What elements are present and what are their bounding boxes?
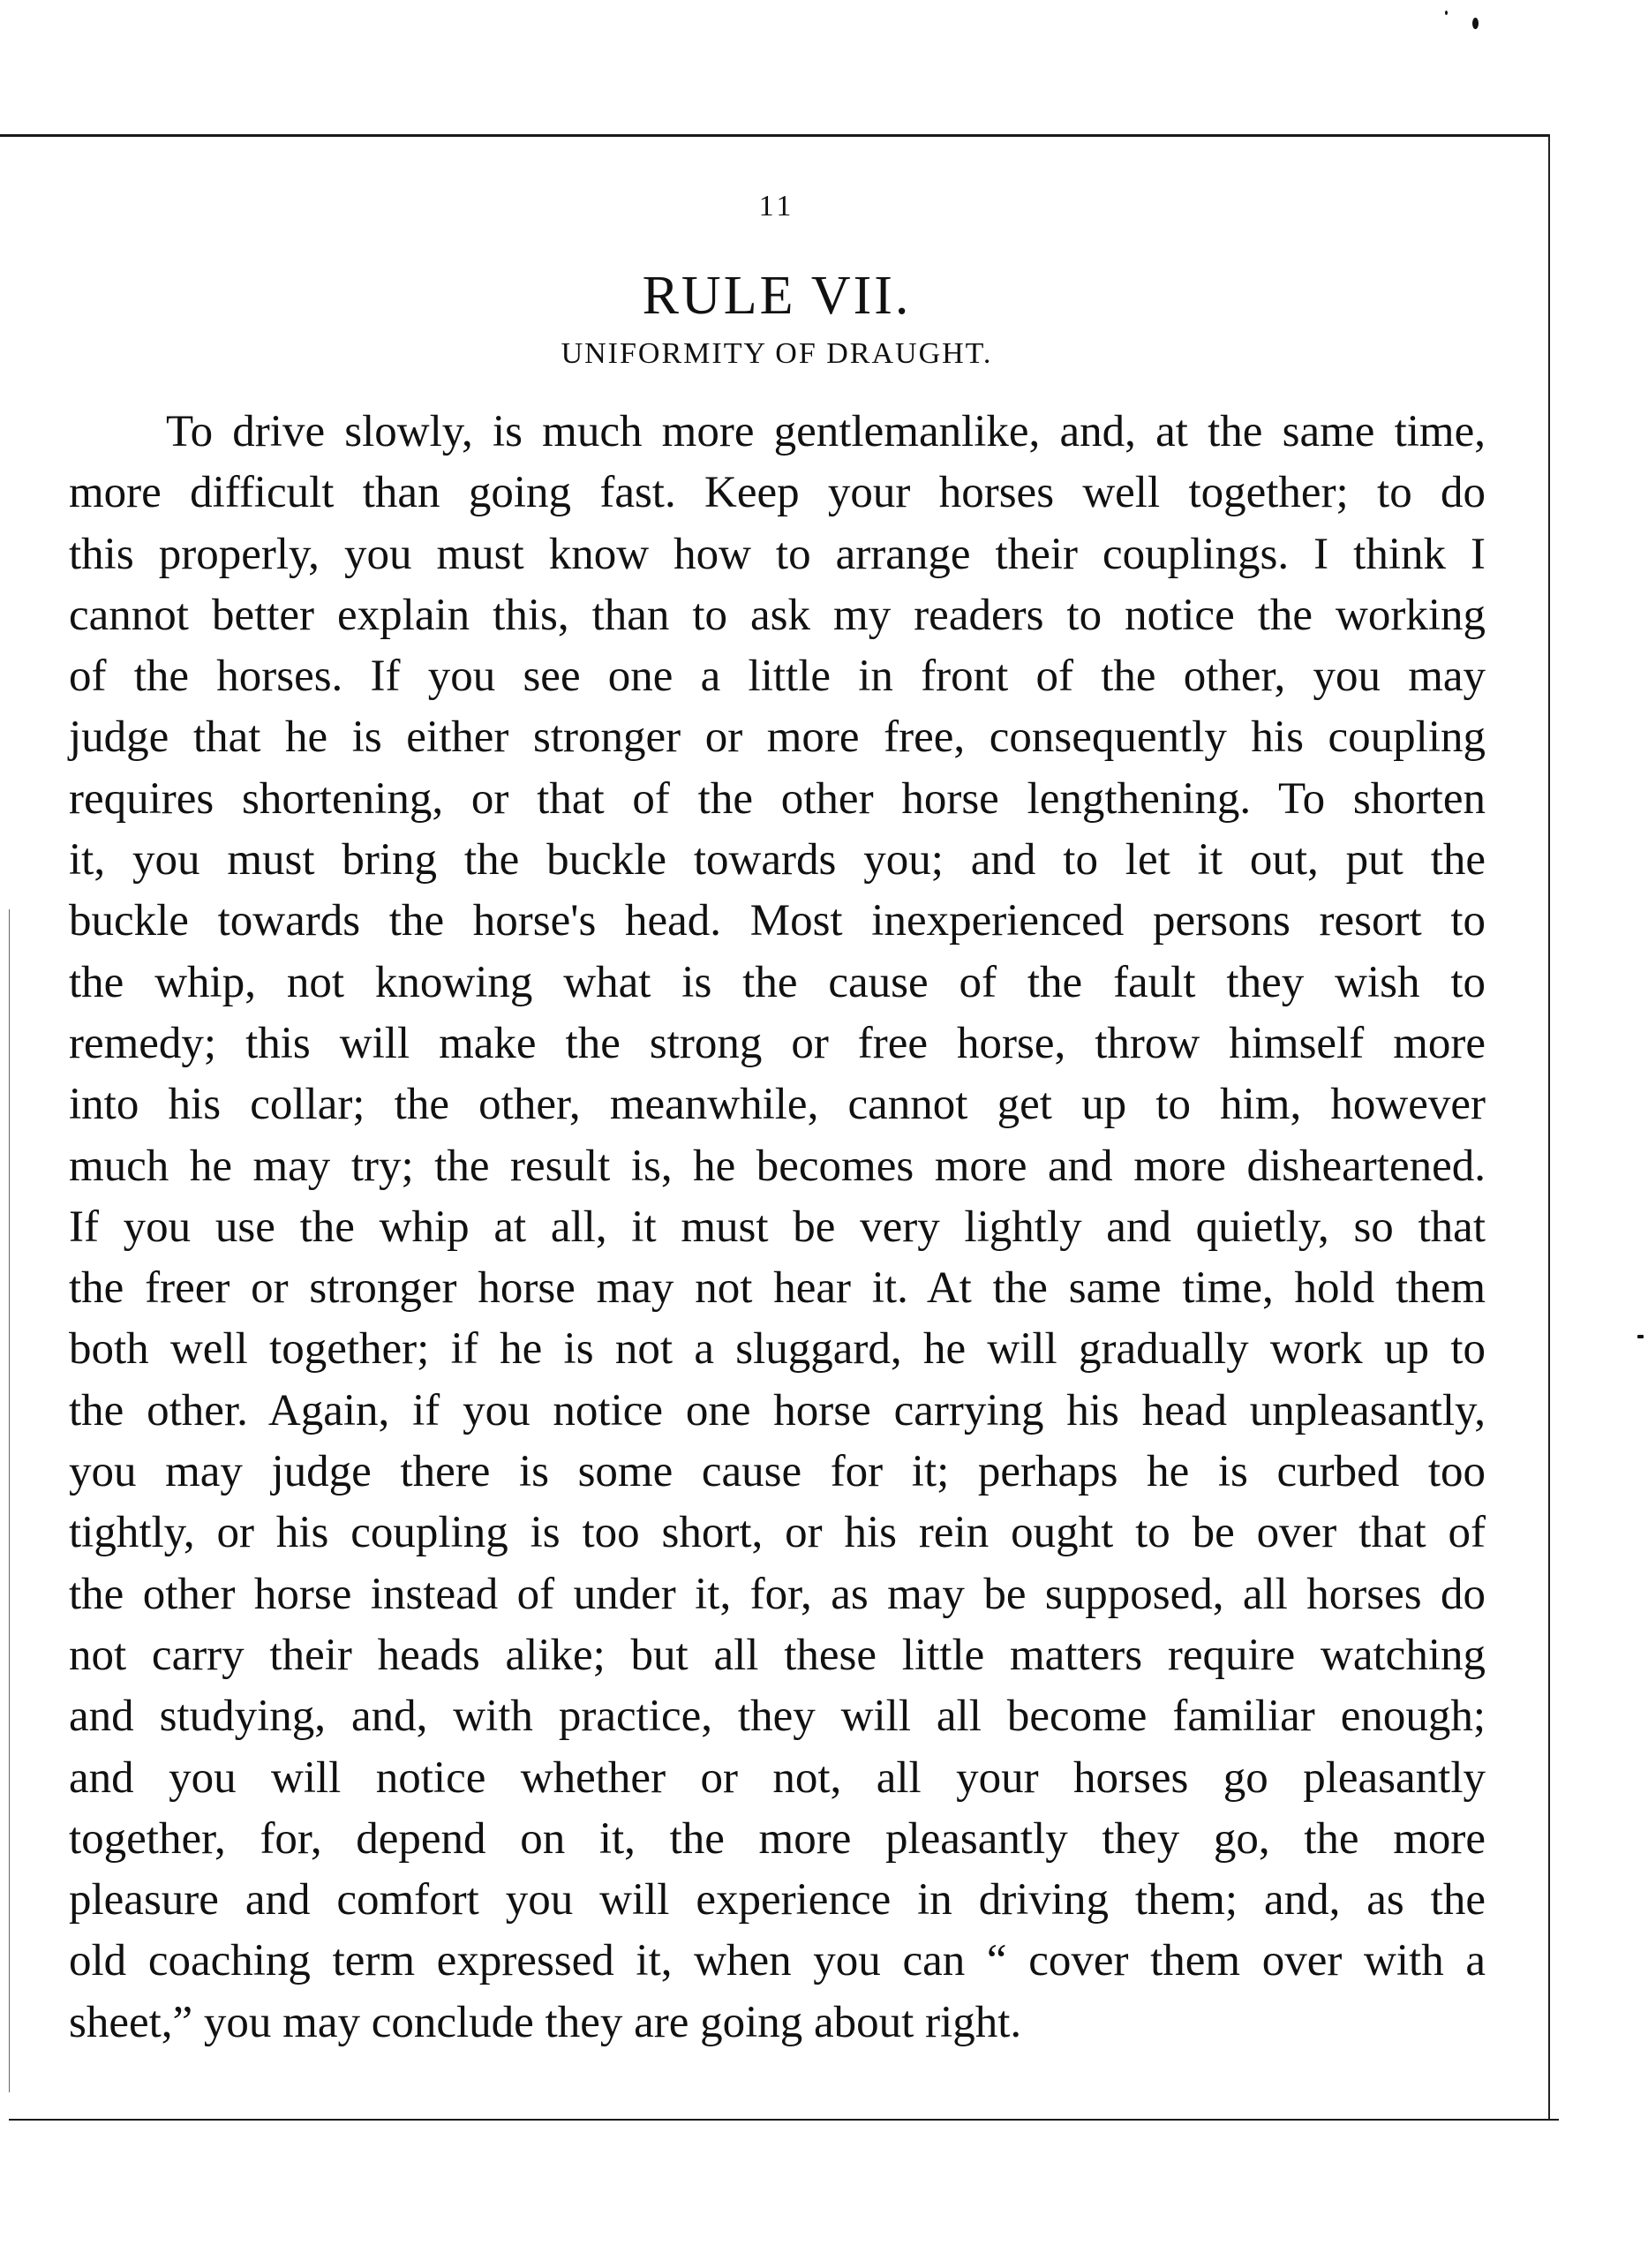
scan-speck <box>1472 18 1479 29</box>
left-border-rule <box>9 909 10 2092</box>
text-line: judge that he is either stronger or more… <box>69 707 1486 768</box>
text-line: more difficult than going fast. Keep you… <box>69 463 1486 524</box>
text-line: the whip, not knowing what is the cause … <box>69 953 1486 1013</box>
right-border-rule <box>1548 137 1550 2119</box>
scan-speck <box>1637 1335 1644 1338</box>
text-line: of the horses. If you see one a little i… <box>69 646 1486 707</box>
text-line: cannot better explain this, than to ask … <box>69 585 1486 646</box>
text-line: old coaching term expressed it, when you… <box>69 1931 1486 1992</box>
top-border-rule <box>0 134 1550 137</box>
page-number: 11 <box>0 190 1554 223</box>
text-line: If you use the whip at all, it must be v… <box>69 1197 1486 1258</box>
rule-title: RULE VII. <box>0 265 1554 328</box>
text-line: requires shortening, or that of the othe… <box>69 769 1486 830</box>
text-line: and you will notice whether or not, all … <box>69 1748 1486 1809</box>
text-line: you may judge there is some cause for it… <box>69 1442 1486 1503</box>
text-line: into his collar; the other, meanwhile, c… <box>69 1074 1486 1135</box>
text-line: not carry their heads alike; but all the… <box>69 1625 1486 1686</box>
text-line: buckle towards the horse's head. Most in… <box>69 891 1486 952</box>
text-line: both well together; if he is not a slugg… <box>69 1319 1486 1380</box>
rule-subtitle: UNIFORMITY OF DRAUGHT. <box>0 337 1554 371</box>
text-line: this properly, you must know how to arra… <box>69 524 1486 585</box>
text-line: To drive slowly, is much more gentlemanl… <box>69 402 1486 463</box>
text-line: pleasure and comfort you will experience… <box>69 1870 1486 1931</box>
text-line: tightly, or his coupling is too short, o… <box>69 1503 1486 1563</box>
text-line: the other horse instead of under it, for… <box>69 1564 1486 1625</box>
body-text: To drive slowly, is much more gentlemanl… <box>69 402 1486 2053</box>
text-line: much he may try; the result is, he becom… <box>69 1136 1486 1197</box>
text-line: sheet,” you may conclude they are going … <box>69 1993 1486 2053</box>
text-line: the other. Again, if you notice one hors… <box>69 1381 1486 1442</box>
text-line: and studying, and, with practice, they w… <box>69 1686 1486 1747</box>
text-line: it, you must bring the buckle towards yo… <box>69 830 1486 891</box>
text-line: together, for, depend on it, the more pl… <box>69 1809 1486 1870</box>
bottom-border-rule <box>9 2119 1559 2121</box>
scan-speck <box>1445 11 1448 15</box>
text-line: remedy; this will make the strong or fre… <box>69 1013 1486 1074</box>
text-line: the freer or stronger horse may not hear… <box>69 1258 1486 1319</box>
